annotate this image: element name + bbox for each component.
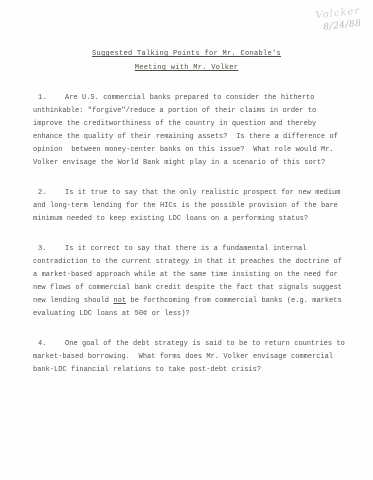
paragraph-text: Is it correct to say that there is a fun… [33,243,347,321]
paragraph-2: 2.Is it true to say that the only realis… [33,187,347,226]
paragraph-number: 4. [38,338,46,351]
text-segment: Are U.S. commercial banks prepared to co… [33,94,342,167]
memo-body: 1.Are U.S. commercial banks prepared to … [33,92,347,377]
title-line-2: Meeting with Mr. Volker [0,61,373,75]
scanned-memo-page: Volcker 8/24/88 Suggested Talking Points… [0,0,373,480]
paragraph-number: 1. [38,92,46,105]
underlined-word: not [113,297,126,305]
document-title: Suggested Talking Points for Mr. Conable… [0,0,373,75]
paragraph-text: Are U.S. commercial banks prepared to co… [33,92,347,170]
paragraph-3: 3.Is it correct to say that there is a f… [33,243,347,321]
paragraph-number: 3. [38,243,46,256]
paragraph-text: Is it true to say that the only realisti… [33,187,347,226]
paragraph-1: 1.Are U.S. commercial banks prepared to … [33,92,347,170]
paragraph-text: One goal of the debt strategy is said to… [33,338,347,377]
paragraph-number: 2. [38,187,46,200]
text-segment: Is it correct to say that there is a fun… [33,245,346,305]
text-segment: Is it true to say that the only realisti… [33,189,345,223]
paragraph-4: 4.One goal of the debt strategy is said … [33,338,347,377]
title-line-1: Suggested Talking Points for Mr. Conable… [0,47,373,61]
text-segment: One goal of the debt strategy is said to… [33,340,349,374]
